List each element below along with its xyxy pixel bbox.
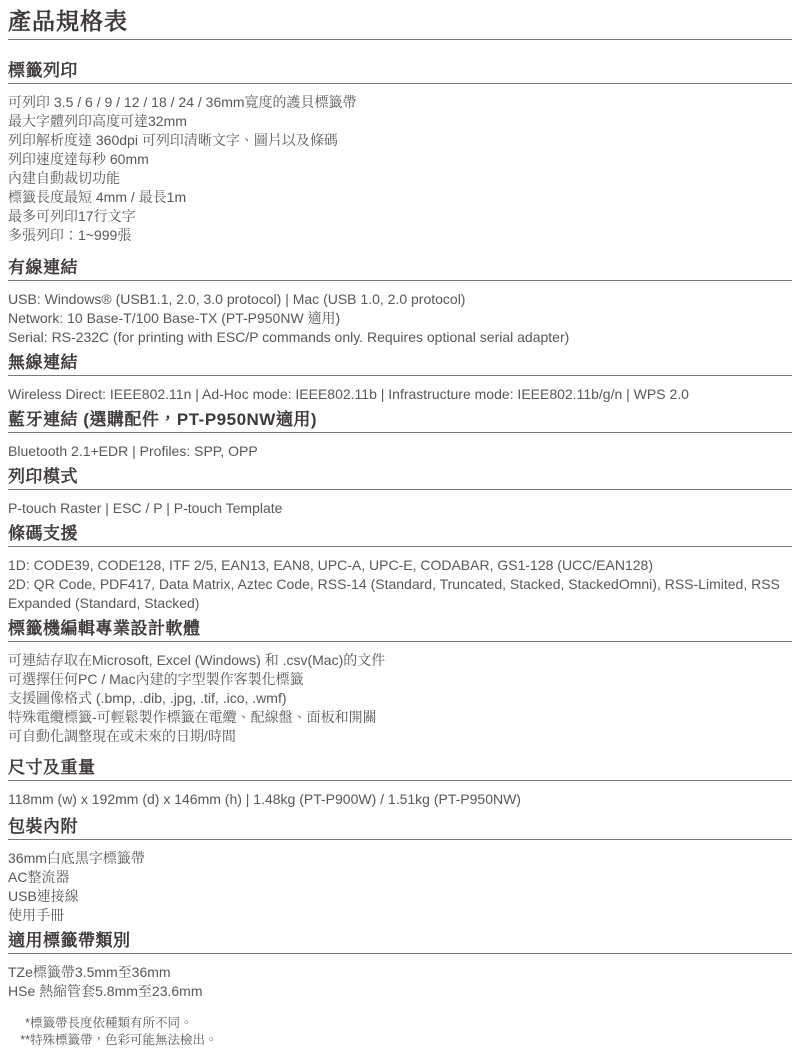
- spec-line: 多張列印：1~999張: [8, 226, 792, 245]
- spec-line: TZe標籤帶3.5mm至36mm: [8, 963, 792, 982]
- spec-line: USB連接線: [8, 887, 792, 906]
- spec-line: 36mm白底黑字標籤帶: [8, 849, 792, 868]
- section-body-box-contents: 36mm白底黑字標籤帶 AC整流器 USB連接線 使用手冊: [8, 840, 792, 925]
- section-body-wireless-connection: Wireless Direct: IEEE802.11n | Ad-Hoc mo…: [8, 376, 792, 404]
- section-body-compatible-tapes: TZe標籤帶3.5mm至36mm HSe 熱縮管套5.8mm至23.6mm: [8, 954, 792, 1001]
- section-compatible-tapes: 適用標籤帶類別 TZe標籤帶3.5mm至36mm HSe 熱縮管套5.8mm至2…: [8, 932, 792, 1001]
- spec-line: 1D: CODE39, CODE128, ITF 2/5, EAN13, EAN…: [8, 556, 792, 575]
- section-wired-connection: 有線連結 USB: Windows® (USB1.1, 2.0, 3.0 pro…: [8, 259, 792, 347]
- section-bluetooth-connection: 藍牙連結 (選購配件，PT-P950NW適用) Bluetooth 2.1+ED…: [8, 411, 792, 461]
- spec-line: 最多可列印17行文字: [8, 207, 792, 226]
- spec-line: 可列印 3.5 / 6 / 9 / 12 / 18 / 24 / 36mm寬度的…: [8, 93, 792, 112]
- spec-line: Bluetooth 2.1+EDR | Profiles: SPP, OPP: [8, 442, 792, 461]
- section-title-editing-software: 標籤機編輯專業設計軟體: [8, 620, 792, 642]
- spec-line: 使用手冊: [8, 906, 792, 925]
- footnotes: * 標籤帶長度依種類有所不同。 ** 特殊標籤帶，色彩可能無法檢出。: [8, 1015, 792, 1049]
- footnote-text: 特殊標籤帶，色彩可能無法檢出。: [30, 1032, 792, 1049]
- spec-line: HSe 熱縮管套5.8mm至23.6mm: [8, 982, 792, 1001]
- section-title-wired-connection: 有線連結: [8, 259, 792, 281]
- footnote-marker: **: [8, 1032, 30, 1049]
- footnote-marker: *: [8, 1015, 30, 1032]
- spec-line: 最大字體列印高度可達32mm: [8, 112, 792, 131]
- spec-line: AC整流器: [8, 868, 792, 887]
- spec-line: 特殊電纜標籤-可輕鬆製作標籤在電纜、配線盤、面板和開關: [8, 708, 792, 727]
- section-body-barcode-support: 1D: CODE39, CODE128, ITF 2/5, EAN13, EAN…: [8, 547, 792, 613]
- spec-line: 標籤長度最短 4mm / 最長1m: [8, 188, 792, 207]
- spec-line: 2D: QR Code, PDF417, Data Matrix, Aztec …: [8, 575, 792, 613]
- page-title: 產品規格表: [8, 6, 792, 40]
- spec-line: USB: Windows® (USB1.1, 2.0, 3.0 protocol…: [8, 290, 792, 309]
- section-box-contents: 包裝內附 36mm白底黑字標籤帶 AC整流器 USB連接線 使用手冊: [8, 818, 792, 925]
- spec-line: 可選擇任何PC / Mac內建的字型製作客製化標籤: [8, 670, 792, 689]
- spec-line: Wireless Direct: IEEE802.11n | Ad-Hoc mo…: [8, 385, 792, 404]
- spec-line: 內建自動裁切功能: [8, 169, 792, 188]
- section-dimensions-weight: 尺寸及重量 118mm (w) x 192mm (d) x 146mm (h) …: [8, 759, 792, 809]
- spec-line: Network: 10 Base-T/100 Base-TX (PT-P950N…: [8, 309, 792, 328]
- spec-line: 可自動化調整現在或未來的日期/時間: [8, 727, 792, 746]
- section-label-printing: 標籤列印 可列印 3.5 / 6 / 9 / 12 / 18 / 24 / 36…: [8, 62, 792, 245]
- section-barcode-support: 條碼支援 1D: CODE39, CODE128, ITF 2/5, EAN13…: [8, 525, 792, 613]
- section-body-wired-connection: USB: Windows® (USB1.1, 2.0, 3.0 protocol…: [8, 281, 792, 347]
- section-body-print-modes: P-touch Raster | ESC / P | P-touch Templ…: [8, 490, 792, 518]
- section-title-label-printing: 標籤列印: [8, 62, 792, 84]
- footnote-text: 標籤帶長度依種類有所不同。: [30, 1015, 792, 1032]
- spec-line: Serial: RS-232C (for printing with ESC/P…: [8, 328, 792, 347]
- footnote: * 標籤帶長度依種類有所不同。: [8, 1015, 792, 1032]
- section-title-print-modes: 列印模式: [8, 468, 792, 490]
- section-title-compatible-tapes: 適用標籤帶類別: [8, 932, 792, 954]
- section-title-barcode-support: 條碼支援: [8, 525, 792, 547]
- section-body-editing-software: 可連結存取在Microsoft, Excel (Windows) 和 .csv(…: [8, 642, 792, 746]
- section-print-modes: 列印模式 P-touch Raster | ESC / P | P-touch …: [8, 468, 792, 518]
- spec-line: 列印解析度達 360dpi 可列印清晰文字、圖片以及條碼: [8, 131, 792, 150]
- section-body-bluetooth-connection: Bluetooth 2.1+EDR | Profiles: SPP, OPP: [8, 433, 792, 461]
- section-body-label-printing: 可列印 3.5 / 6 / 9 / 12 / 18 / 24 / 36mm寬度的…: [8, 84, 792, 245]
- spec-line: 118mm (w) x 192mm (d) x 146mm (h) | 1.48…: [8, 790, 792, 809]
- spec-line: P-touch Raster | ESC / P | P-touch Templ…: [8, 499, 792, 518]
- section-wireless-connection: 無線連結 Wireless Direct: IEEE802.11n | Ad-H…: [8, 354, 792, 404]
- section-title-dimensions-weight: 尺寸及重量: [8, 759, 792, 781]
- spec-line: 可連結存取在Microsoft, Excel (Windows) 和 .csv(…: [8, 651, 792, 670]
- section-title-box-contents: 包裝內附: [8, 818, 792, 840]
- spec-line: 列印速度達每秒 60mm: [8, 150, 792, 169]
- section-body-dimensions-weight: 118mm (w) x 192mm (d) x 146mm (h) | 1.48…: [8, 781, 792, 809]
- spec-sheet-page: 產品規格表 標籤列印 可列印 3.5 / 6 / 9 / 12 / 18 / 2…: [0, 0, 800, 1057]
- section-title-wireless-connection: 無線連結: [8, 354, 792, 376]
- section-editing-software: 標籤機編輯專業設計軟體 可連結存取在Microsoft, Excel (Wind…: [8, 620, 792, 746]
- footnote: ** 特殊標籤帶，色彩可能無法檢出。: [8, 1032, 792, 1049]
- spec-line: 支援圖像格式 (.bmp, .dib, .jpg, .tif, .ico, .w…: [8, 689, 792, 708]
- section-title-bluetooth-connection: 藍牙連結 (選購配件，PT-P950NW適用): [8, 411, 792, 433]
